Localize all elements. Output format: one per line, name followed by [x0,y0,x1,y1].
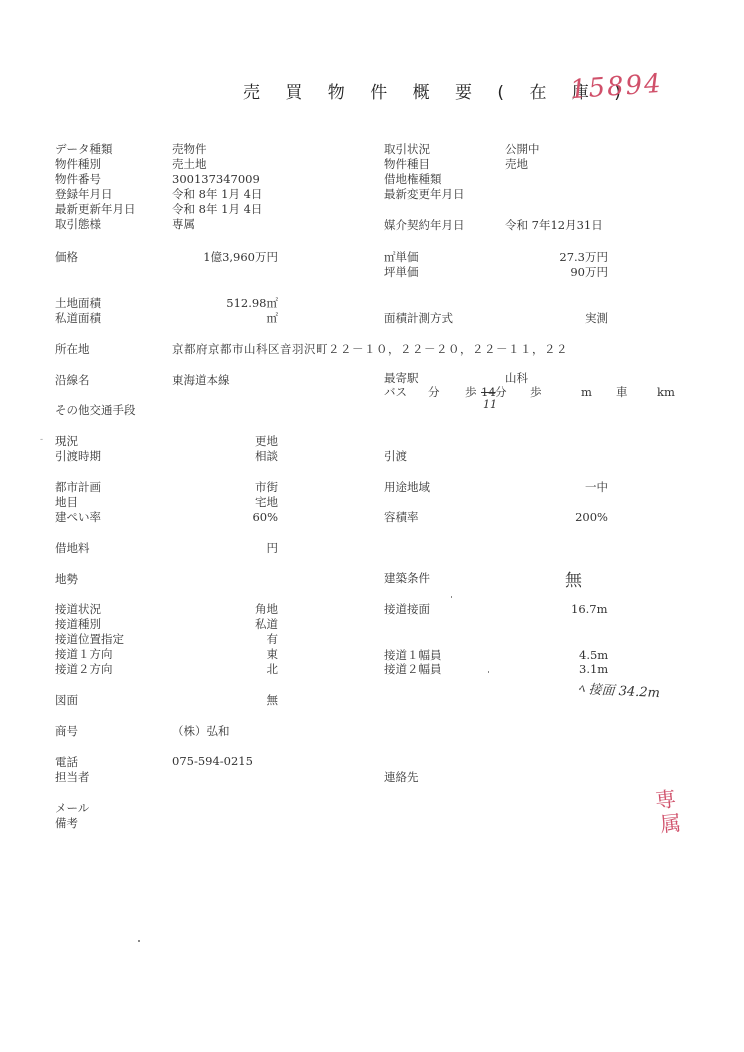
value-price: 1億3,960万円 [160,250,278,265]
label-transaction-status: 取引状況 [384,142,430,157]
label-land-category: 地目 [55,495,78,510]
label-last-updated-date: 最新更新年月日 [55,202,136,217]
scan-speck [451,596,452,598]
label-brokerage-contract-date: 媒介契約年月日 [384,218,465,233]
label-handover: 引渡 [384,449,407,464]
label-property-type: 物件種別 [55,157,101,172]
value-drawing: 無 [200,693,278,708]
label-nearest-station: 最寄駅 [384,371,419,386]
label-leasehold-type: 借地権種類 [384,172,442,187]
value-direction1: 東 [200,647,278,662]
label-ground-rent: 借地料 [55,541,90,556]
value-access-status: 角地 [200,602,278,617]
value-land-category: 宅地 [200,495,278,510]
value-private-road-area: ㎡ [160,311,278,326]
label-private-road-area: 私道面積 [55,311,101,326]
handwritten-reference-number: 15894 [569,69,664,105]
value-direction2: 北 [200,662,278,677]
handwritten-building-conditions: 無 [565,566,582,591]
label-direction2: 接道２方向 [55,662,113,677]
handwritten-frontage-note: ﾍ 接面 34.2m [578,678,661,701]
value-last-updated-date: 令和 8年 1月 4日 [172,202,262,217]
value-position-designation: 有 [200,632,278,647]
value-property-number: 300137347009 [172,172,260,187]
scan-speck [138,940,140,942]
value-current-status: 更地 [200,434,278,449]
value-transaction-status: 公開中 [505,142,540,157]
value-sqm-price: 27.3万円 [500,250,608,265]
label-property-number: 物件番号 [55,172,101,187]
label-drawing: 図面 [55,693,78,708]
value-trade-name: （株）弘和 [172,724,230,739]
value-property-item: 売地 [505,157,528,172]
stray-mark: - [40,433,43,448]
value-brokerage-contract-date: 令和 7年12月31日 [505,218,603,233]
value-frontage: 16.7m [571,602,608,617]
label-bus: バス [384,385,407,400]
label-email: メール [55,801,89,816]
label-topography: 地勢 [55,572,78,587]
label-width2: 接道２幅員 [384,662,442,677]
value-city-planning: 市街 [200,480,278,495]
value-floor-area-ratio: 200% [500,510,608,525]
label-car: 車 [616,385,628,400]
label-other-transport: その他交通手段 [55,403,136,418]
label-sqm-price: ㎡単価 [384,250,419,265]
label-trade-name: 商号 [55,724,78,739]
value-nearest-station: 山科 [505,371,528,386]
label-city-planning: 都市計画 [55,480,101,495]
label-property-item: 物件種目 [384,157,430,172]
label-tsubo-price: 坪単価 [384,265,419,280]
handwritten-walk-minutes: 11 [483,398,497,411]
value-transaction-mode: 専属 [172,217,195,232]
label-bus-minutes: 分 [428,385,440,400]
label-bus-walk: 歩 [465,385,477,400]
value-data-type: 売物件 [172,142,207,157]
label-frontage: 接道接面 [384,602,430,617]
value-ground-rent: 円 [200,541,278,556]
label-building-coverage: 建ぺい率 [55,510,101,525]
label-measurement-method: 面積計測方式 [384,311,453,326]
label-contact: 連絡先 [384,770,419,785]
label-contact-person: 担当者 [55,770,90,785]
label-km: km [657,385,675,400]
label-access-status: 接道状況 [55,602,101,617]
label-price: 価格 [55,250,78,265]
value-access-type: 私道 [200,617,278,632]
label-use-district: 用途地域 [384,480,430,495]
value-building-coverage: 60% [200,510,278,525]
label-handover-timing: 引渡時期 [55,449,101,464]
value-width1: 4.5m [579,648,608,663]
label-direction1: 接道１方向 [55,647,113,662]
label-meters: m [581,385,592,400]
value-land-area: 512.98㎡ [160,296,278,311]
value-registered-date: 令和 8年 1月 4日 [172,187,262,202]
value-phone: 075-594-0215 [172,754,253,769]
scan-speck [488,671,489,673]
label-last-changed-date: 最新変更年月日 [384,187,465,202]
label-line: 沿線名 [55,373,90,388]
label-registered-date: 登録年月日 [55,187,113,202]
value-tsubo-price: 90万円 [500,265,608,280]
value-line: 東海道本線 [172,373,230,388]
label-transaction-mode: 取引態様 [55,217,101,232]
label-walk2: 歩 [530,385,542,400]
label-remarks: 備考 [55,816,78,831]
label-position-designation: 接道位置指定 [55,632,124,647]
label-location: 所在地 [55,342,90,357]
value-property-type: 売土地 [172,157,207,172]
label-access-type: 接道種別 [55,617,101,632]
label-width1: 接道１幅員 [384,648,442,663]
value-handover-timing: 相談 [200,449,278,464]
value-use-district: 一中 [500,480,608,495]
label-land-area: 土地面積 [55,296,101,311]
label-building-conditions: 建築条件 [384,571,430,586]
value-location: 京都府京都市山科区音羽沢町２２－１０，２２－２０，２２－１１，２２ [172,342,568,357]
value-width2: 3.1m [579,662,608,677]
label-current-status: 現況 [55,434,78,449]
value-measurement-method: 実測 [500,311,608,326]
label-floor-area-ratio: 容積率 [384,510,419,525]
handwritten-exclusive-mark-line2: 属 [658,807,682,839]
label-data-type: データ種類 [55,142,113,157]
label-phone: 電話 [55,755,78,770]
